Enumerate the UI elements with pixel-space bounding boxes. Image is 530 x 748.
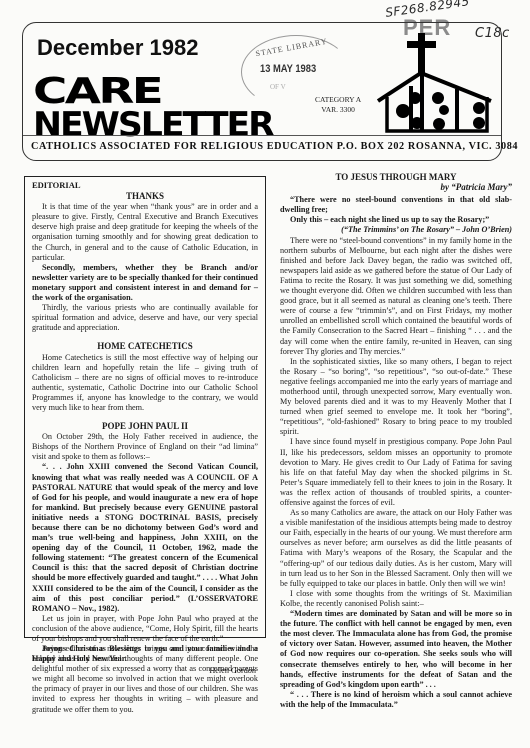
title-newsletter: NEWSLETTER bbox=[33, 105, 273, 145]
issue-date: December 1982 bbox=[37, 35, 198, 61]
article-title: TO JESUS THROUGH MARY bbox=[280, 172, 512, 182]
organisation-address: CATHOLICS ASSOCIATED FOR RELIGIOUS EDUCA… bbox=[31, 141, 518, 152]
section-heading-home-catechetics: HOME CATECHETICS bbox=[32, 341, 258, 351]
article: TO JESUS THROUGH MARY by “Patricia Mary”… bbox=[280, 172, 512, 710]
editorial-label: EDITORIAL bbox=[32, 180, 258, 190]
article-byline: by “Patricia Mary” bbox=[280, 182, 512, 192]
paragraph: In the sophisticated sixties, like so ma… bbox=[280, 357, 512, 438]
quote-paragraph: “. . . John XXIII convened the Second Va… bbox=[32, 462, 258, 613]
quote-paragraph: “Modern times are dominated by Satan and… bbox=[280, 609, 512, 690]
section-heading-pope-john-paul: POPE JOHN PAUL II bbox=[32, 421, 258, 431]
paragraph: I close with some thoughts from the writ… bbox=[280, 589, 512, 609]
paragraph: As so many Catholics are aware, the atta… bbox=[280, 508, 512, 589]
category-block: CATEGORY A VAR. 3300 bbox=[315, 95, 361, 115]
paragraph: Home Catechetics is still the most effec… bbox=[32, 353, 258, 414]
masthead-divider bbox=[23, 135, 501, 136]
library-stamp-bottom: OF V bbox=[270, 83, 286, 91]
editorial: EDITORIAL THANKS It is that time of the … bbox=[32, 180, 258, 676]
registration-number: VAR. 3300 bbox=[315, 105, 361, 115]
paragraph: On October 29th, the Holy Father receive… bbox=[32, 432, 258, 462]
epigraph-line: “There were no steel-bound conventions i… bbox=[280, 195, 512, 215]
epigraph-line: Only this – each night she lined us up t… bbox=[280, 215, 512, 225]
article-intro: Being editor of a newsletter brings one … bbox=[32, 644, 258, 715]
paragraph: Thirdly, the various priests who are con… bbox=[32, 303, 258, 333]
paragraph: Secondly, members, whether they be Branc… bbox=[32, 263, 258, 303]
paragraph: There were no “steel-bound conventions” … bbox=[280, 236, 512, 357]
paragraph: I have since found myself in prestigious… bbox=[280, 437, 512, 508]
paragraph: Let us join in prayer, with Pope John Pa… bbox=[32, 614, 258, 644]
church-logo-icon bbox=[375, 31, 505, 135]
paragraph: It is that time of the year when “thank … bbox=[32, 202, 258, 263]
library-stamp-date: 13 MAY 1983 bbox=[260, 63, 316, 75]
quote-paragraph: “ . . . There is no kind of heroism whic… bbox=[280, 690, 512, 710]
category-label: CATEGORY A bbox=[315, 95, 361, 105]
masthead: December 1982 CARE NEWSLETTER STATE LIBR… bbox=[22, 22, 502, 161]
epigraph-citation: (“The Trimmins’ on The Rosary” – John O’… bbox=[280, 225, 512, 235]
intro-paragraph: Being editor of a newsletter brings one … bbox=[32, 644, 258, 715]
section-heading-thanks: THANKS bbox=[32, 191, 258, 201]
